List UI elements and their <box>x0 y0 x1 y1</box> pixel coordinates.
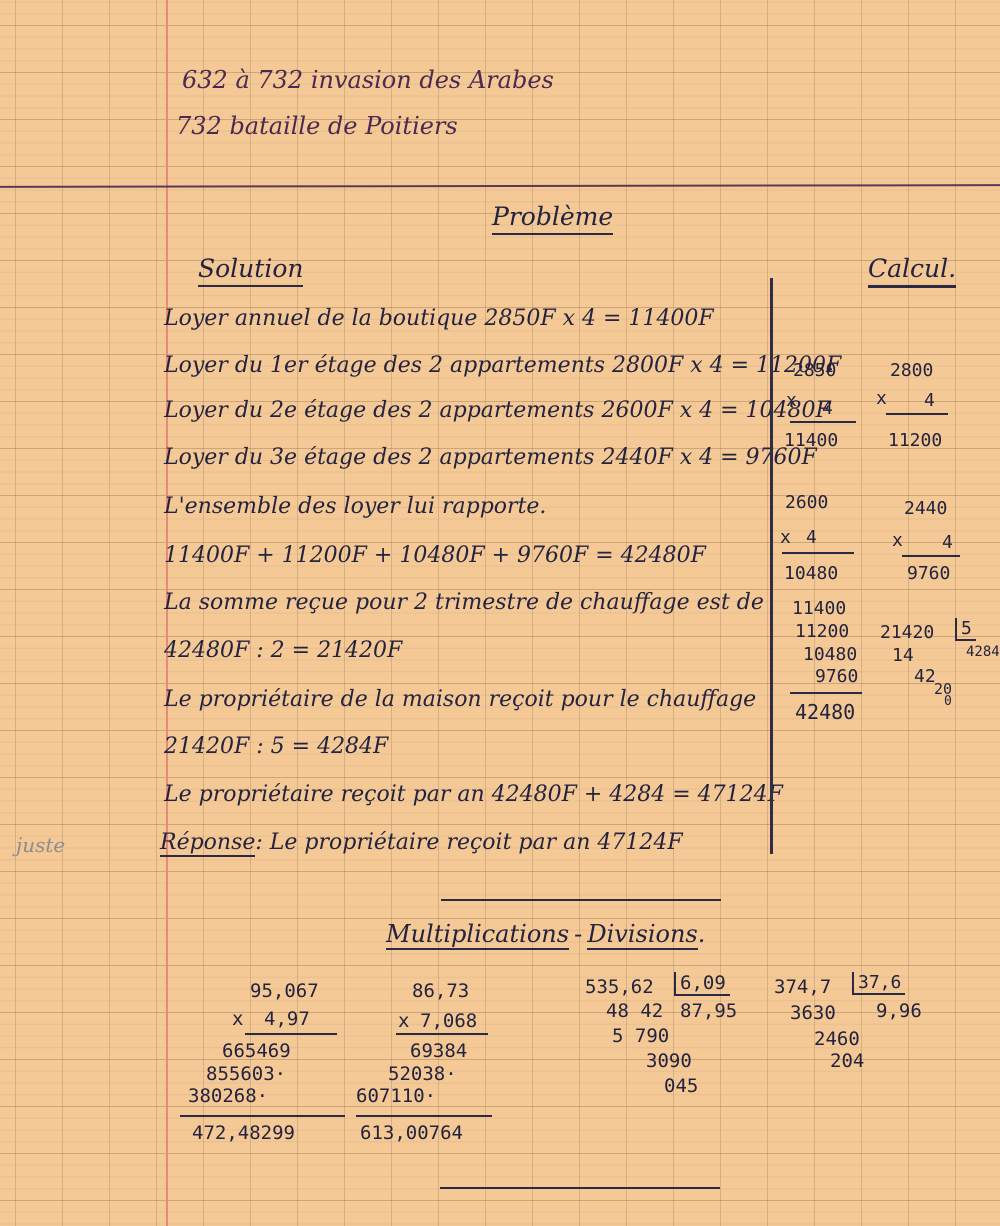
ex-underline <box>245 1033 337 1035</box>
solution-line: 21420F : 5 = 4284F <box>164 734 388 759</box>
calc-mult3-a: 2600 <box>785 492 828 513</box>
calcul-heading: Calcul. <box>868 254 956 288</box>
ex-d1-step: 48 42 <box>606 1000 663 1022</box>
calc-div-step: 14 <box>892 645 914 666</box>
solution-line: Le propriétaire de la maison reçoit pour… <box>164 687 756 712</box>
section-divider <box>0 184 1000 188</box>
ex-d1-quotient: 87,95 <box>680 1000 737 1022</box>
ex-m1-b: 4,97 <box>264 1008 310 1030</box>
ex-underline <box>356 1115 492 1117</box>
ex-d2-step: 3630 <box>790 1002 836 1024</box>
calc-sum-term: 11400 <box>792 598 846 619</box>
divisions-heading: Divisions <box>587 920 697 950</box>
ex-d1-step: 045 <box>664 1075 698 1097</box>
ex-d2-step: 204 <box>830 1050 864 1072</box>
calc-sum-result: 42480 <box>795 700 855 724</box>
calc-div-step: 0 <box>944 694 952 709</box>
calc-underline <box>790 692 862 694</box>
ex-m1-result: 472,48299 <box>192 1122 295 1144</box>
calc-sum-term: 9760 <box>815 666 858 687</box>
ex-d1-step: 3090 <box>646 1050 692 1072</box>
calc-mult3-op: x <box>780 527 791 548</box>
ex-m1-partial: 855603· <box>206 1063 286 1085</box>
ex-m2-result: 613,00764 <box>360 1122 463 1144</box>
title-dot: . <box>698 920 706 948</box>
solution-line: Loyer du 2e étage des 2 appartements 260… <box>164 398 831 423</box>
ex-m1-op: x <box>232 1008 243 1030</box>
solution-line: Le propriétaire reçoit par an 42480F + 4… <box>164 782 783 807</box>
solution-line: L'ensemble des loyer lui rapporte. <box>164 494 546 519</box>
solution-heading: Solution <box>198 254 303 287</box>
exercise-bottom-rule <box>440 1187 720 1189</box>
calc-underline <box>902 555 960 557</box>
ex-m2-partial: 607110· <box>356 1085 436 1107</box>
answer-label: Réponse <box>160 830 255 857</box>
solution-line: 42480F : 2 = 21420F <box>164 638 402 663</box>
ex-m2-partial: 52038· <box>388 1063 457 1085</box>
solution-line: 11400F + 11200F + 10480F + 9760F = 42480… <box>164 543 706 568</box>
ex-m2-b: 7,068 <box>420 1010 477 1032</box>
solution-line: La somme reçue pour 2 trimestre de chauf… <box>164 590 764 615</box>
calc-mult2-result: 11200 <box>888 430 942 451</box>
calc-mult4-result: 9760 <box>907 563 950 584</box>
history-line-2: 732 bataille de Poitiers <box>176 112 458 140</box>
ex-d2-dividend: 374,7 <box>774 976 831 998</box>
answer-text: : Le propriétaire reçoit par an 47124F <box>255 830 682 855</box>
solution-line: Loyer du 3e étage des 2 appartements 244… <box>164 445 817 470</box>
calc-mult1-result: 11400 <box>784 430 838 451</box>
answer-line: Réponse: Le propriétaire reçoit par an 4… <box>160 830 683 855</box>
title-dash: - <box>574 920 582 948</box>
ex-m2-op: x <box>398 1010 409 1032</box>
calc-mult4-a: 2440 <box>904 498 947 519</box>
ex-underline <box>396 1033 488 1035</box>
solution-line: Loyer annuel de la boutique 2850F x 4 = … <box>164 306 714 331</box>
calc-mult1-op: x <box>786 390 797 411</box>
calc-mult3-b: 4 <box>806 527 817 548</box>
calc-mult2-op: x <box>876 388 887 409</box>
multiplications-heading: Multiplications <box>386 920 569 950</box>
ex-m2-a: 86,73 <box>412 980 469 1002</box>
exercise-top-rule <box>441 899 721 901</box>
calc-sum-term: 11200 <box>795 621 849 642</box>
ex-d1-step: 5 790 <box>612 1025 669 1047</box>
calc-mult4-op: x <box>892 530 903 551</box>
ex-underline <box>180 1115 345 1117</box>
ex-d1-divisor: 6,09 <box>674 972 730 996</box>
calc-underline <box>790 421 856 423</box>
ex-m2-partial: 69384 <box>410 1040 467 1062</box>
ex-d2-divisor: 37,6 <box>852 972 905 995</box>
calc-div-divisor: 5 <box>955 618 976 641</box>
solution-line: Loyer du 1er étage des 2 appartements 28… <box>164 353 841 378</box>
ex-m1-a: 95,067 <box>250 980 319 1002</box>
history-line-1: 632 à 732 invasion des Arabes <box>182 66 554 94</box>
calc-mult1-b: 4 <box>822 398 833 419</box>
calc-underline <box>886 413 948 415</box>
teacher-correction: juste <box>16 833 65 857</box>
calc-mult2-b: 4 <box>924 390 935 411</box>
problem-title: Problème <box>492 202 613 235</box>
calc-div-quotient: 4284 <box>966 644 1000 660</box>
ex-d2-step: 2460 <box>814 1028 860 1050</box>
exercises-title: Multiplications - Divisions. <box>386 920 705 948</box>
calc-sum-term: 10480 <box>803 644 857 665</box>
calc-underline <box>782 552 854 554</box>
calc-div-dividend: 21420 <box>880 622 934 643</box>
ex-d1-dividend: 535,62 <box>585 976 654 998</box>
calc-mult3-result: 10480 <box>784 563 838 584</box>
calcul-separator <box>770 278 773 854</box>
calc-div-step: 42 <box>914 666 936 687</box>
calc-mult1-a: 2850 <box>793 360 836 381</box>
ex-m1-partial: 665469 <box>222 1040 291 1062</box>
calc-mult4-b: 4 <box>942 532 953 553</box>
ex-m1-partial: 380268· <box>188 1085 268 1107</box>
calc-mult2-a: 2800 <box>890 360 933 381</box>
ex-d2-quotient: 9,96 <box>876 1000 922 1022</box>
